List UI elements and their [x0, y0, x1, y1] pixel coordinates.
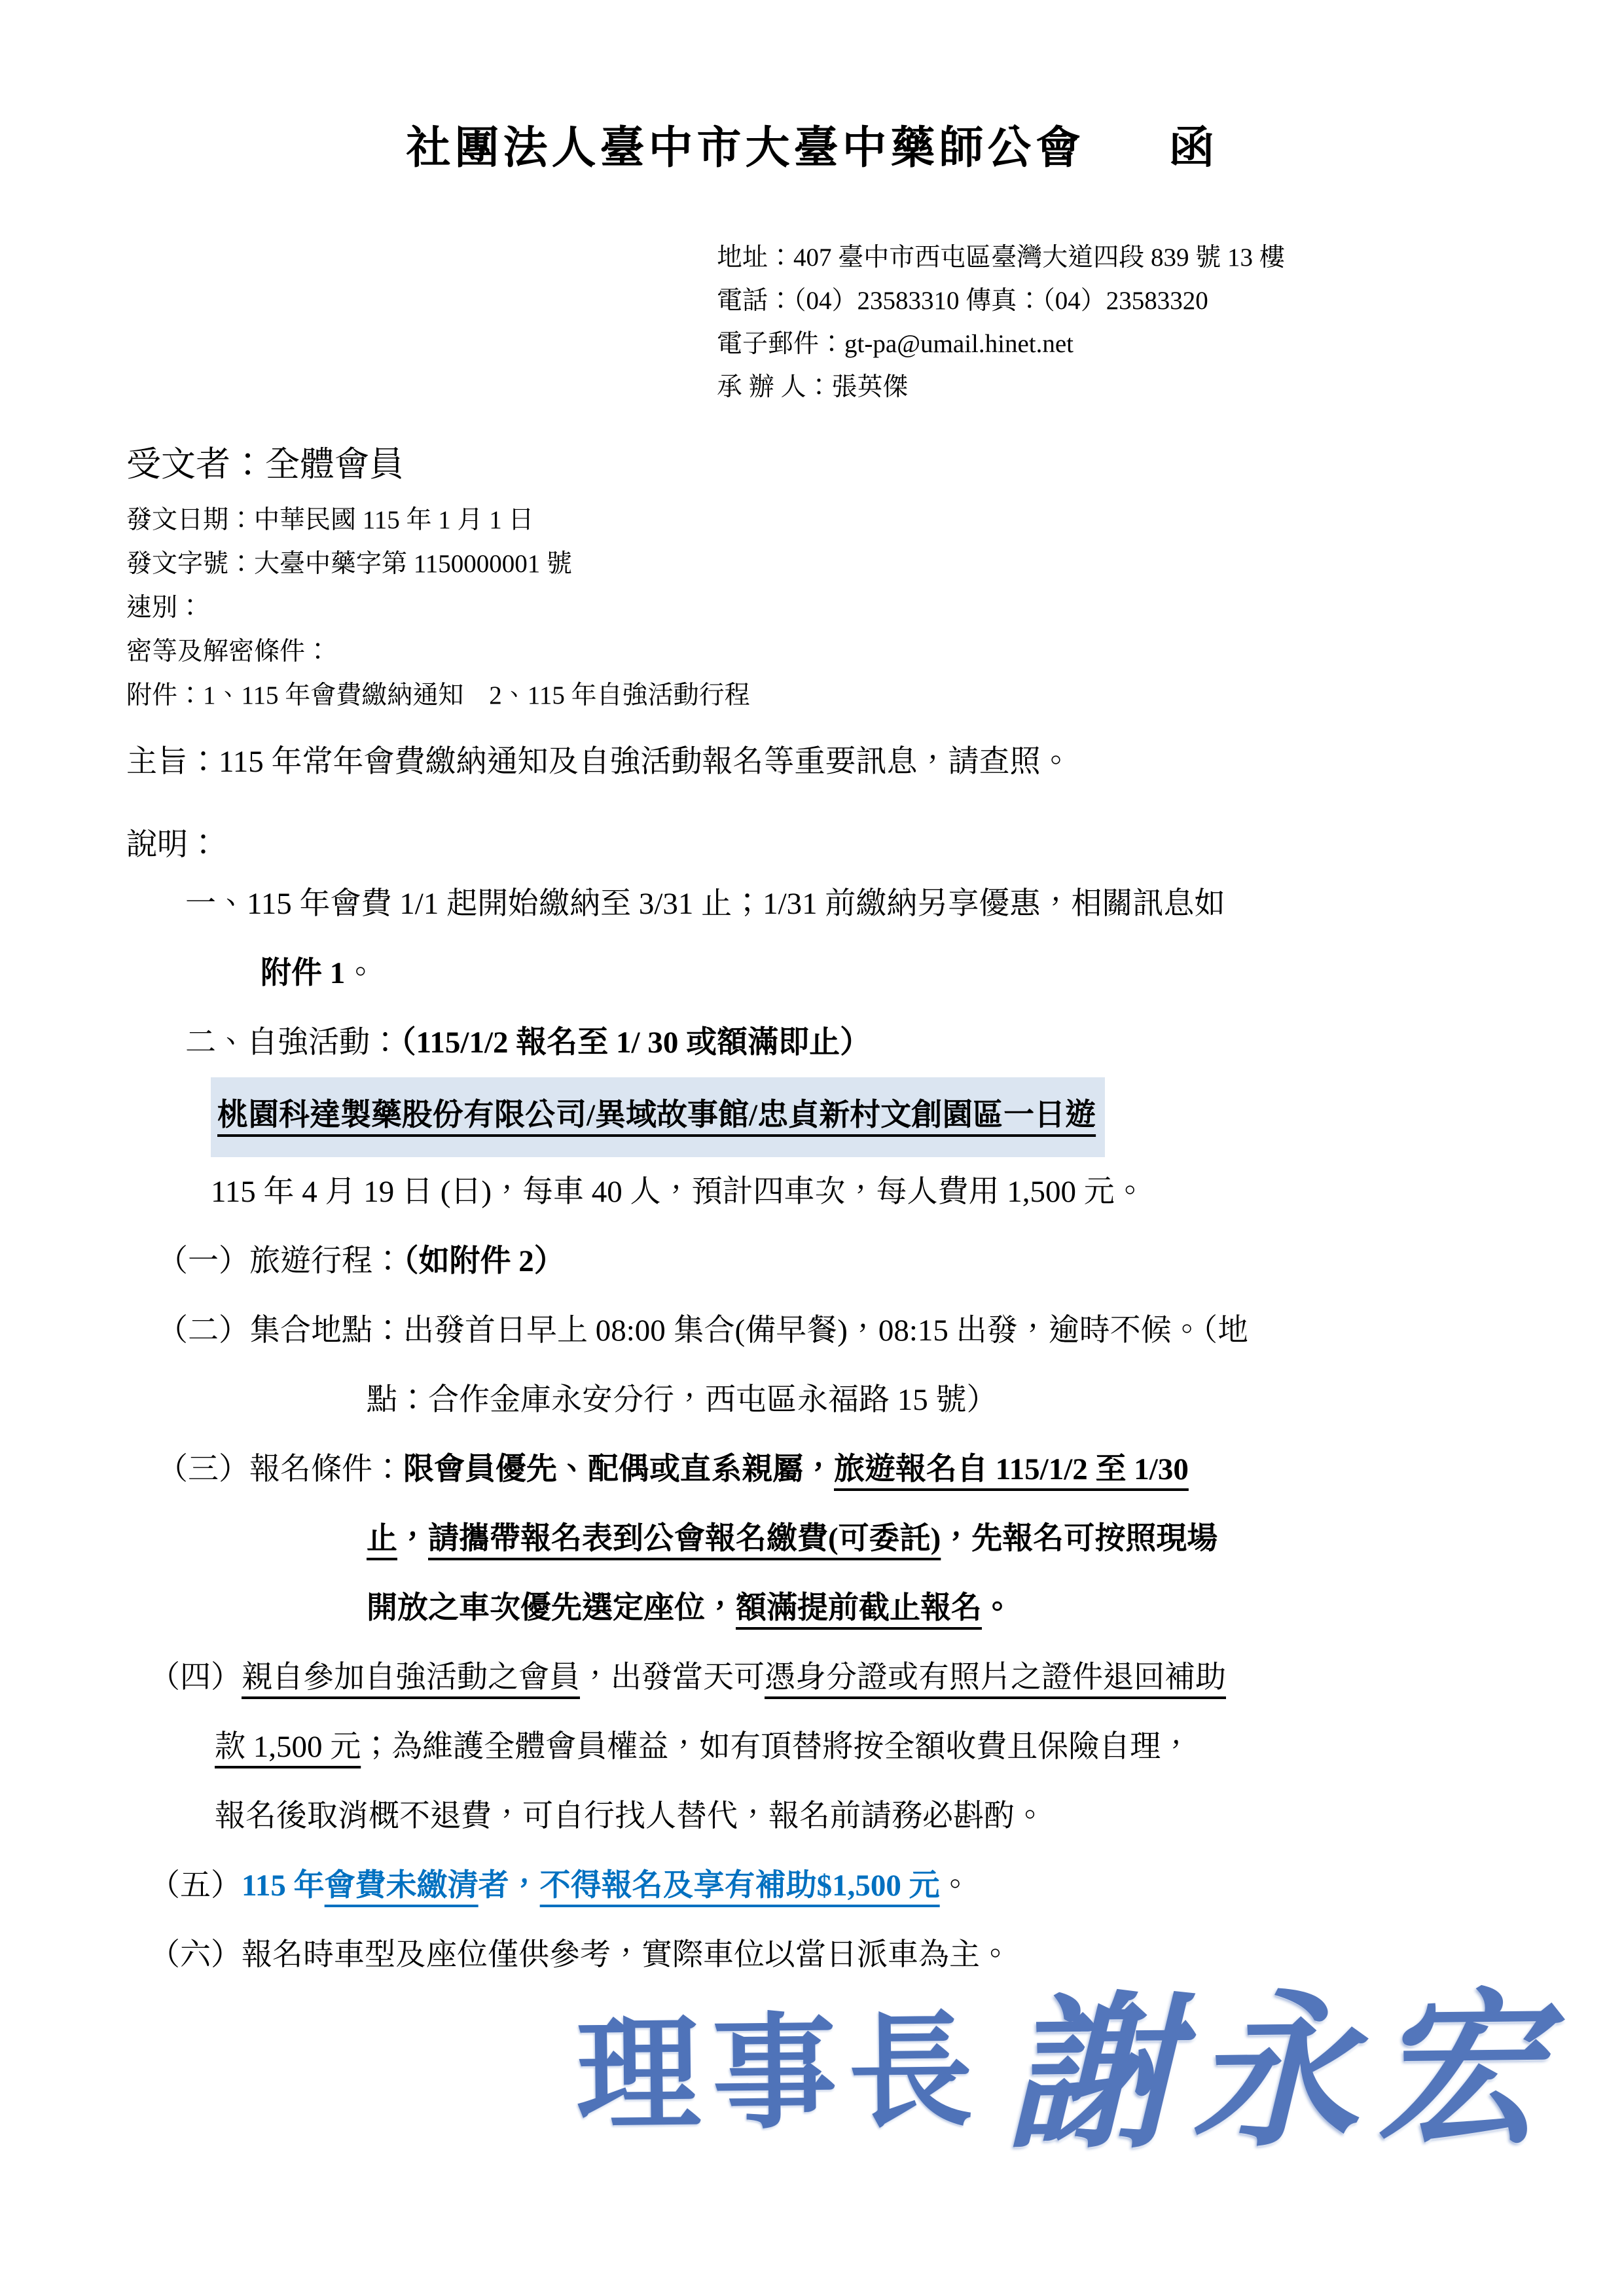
sub4-mid: ，出發當天可 [580, 1660, 765, 1695]
subject-line: 主旨：115 年常年會費繳納通知及自強活動報名等重要訊息，請查照。 [126, 737, 1624, 781]
sub3-first-come: ，先報名可按照現場 [941, 1522, 1218, 1556]
sub4-no-refund: 報名後取消概不退費，可自行找人替代，報名前請務必斟酌。 [215, 1799, 1045, 1833]
item2-lead: 二、自強活動： [185, 1026, 401, 1060]
stamp-signature-name: 謝永宏 [1005, 1935, 1560, 2181]
officer-line: 承 辦 人：張英傑 [717, 366, 1624, 409]
sub3-stop: 止 [367, 1522, 397, 1556]
sub3-signup-period: 旅遊報名自 115/1/2 至 1/30 [834, 1452, 1189, 1486]
item2-highlight-line: 桃園科達製藥股份有限公司/異域故事館/忠貞新村文創園區一日遊 [0, 1077, 1624, 1157]
explanation-label: 說明： [126, 820, 1624, 864]
item2-detail-line: 115 年 4 月 19 日 (日)，每車 40 人，預計四車次，每人費用 1,… [0, 1157, 1624, 1227]
item2-lead-line: 二、自強活動：（115/1/2 報名至 1/ 30 或額滿即止） [0, 1008, 1624, 1077]
sub2-text1: （二）集合地點：出發首日早上 08:00 集合(備早餐)，08:15 出發，逾時… [157, 1314, 1248, 1348]
email-line: 電子郵件：gt-pa@umail.hinet.net [717, 323, 1624, 366]
sub4-num: （四） [149, 1660, 242, 1695]
contact-block: 地址：407 臺中市西屯區臺灣大道四段 839 號 13 樓 電話：（04）23… [717, 236, 1624, 409]
trip-title-highlight: 桃園科達製藥股份有限公司/異域故事館/忠貞新村文創園區一日遊 [211, 1077, 1105, 1157]
sub4-line3: 報名後取消概不退費，可自行找人替代，報名前請務必斟酌。 [0, 1782, 1624, 1851]
sub3-condition: 限會員優先、配偶或直系親屬， [403, 1452, 834, 1486]
org-name: 社團法人臺中市大臺中藥師公會 [406, 123, 1084, 173]
sub3-bring-form: 請攜帶報名表到公會報名繳費(可委託) [428, 1522, 941, 1556]
sub1-attachment-ref: （如附件 2） [403, 1244, 565, 1278]
sub3-period: 。 [982, 1591, 1013, 1625]
sub3-full-stop: 額滿提前截止報名 [736, 1591, 982, 1625]
sub5-year: 115 年 [242, 1869, 325, 1903]
item2-deadline: （115/1/2 報名至 1/ 30 或額滿即止） [401, 1026, 871, 1060]
sub3-line3: 開放之車次優先選定座位，額滿提前截止報名。 [0, 1573, 1624, 1643]
stamp-title: 理事長 [575, 1971, 986, 2155]
sub4-refund-amount: 款 1,500 元 [215, 1730, 361, 1764]
sub4-attend-member: 親自參加自強活動之會員 [242, 1660, 580, 1695]
sub2-line2: 點：合作金庫永安分行，西屯區永福路 15 號） [0, 1365, 1624, 1435]
trip-detail: 115 年 4 月 19 日 (日)，每車 40 人，預計四車次，每人費用 1,… [211, 1175, 1146, 1209]
explanation-body: 一、115 年會費 1/1 起開始繳納至 3/31 止；1/31 前繳納另享優惠… [0, 869, 1624, 1990]
sub4-line2: 款 1,500 元；為維護全體會員權益，如有頂替將按全額收費且保險自理， [0, 1712, 1624, 1782]
item1-text: 一、115 年會費 1/1 起開始繳納至 3/31 止；1/31 前繳納另享優惠… [185, 887, 1225, 921]
doc-number-line: 發文字號：大臺中藥字第 1150000001 號 [126, 542, 1624, 586]
phone-fax-line: 電話：（04）23583310 傳真：（04）23583320 [717, 279, 1624, 323]
meta-block: 發文日期：中華民國 115 年 1 月 1 日 發文字號：大臺中藥字第 1150… [126, 498, 1624, 717]
doc-type-label: 函 [1170, 123, 1218, 173]
sub3-line2: 止，請攜帶報名表到公會報名繳費(可委託)，先報名可按照現場 [0, 1504, 1624, 1573]
priority-line: 速別： [126, 586, 1624, 630]
issue-date-line: 發文日期：中華民國 115 年 1 月 1 日 [126, 498, 1624, 542]
item1-period: 。 [345, 956, 376, 990]
attachments-line: 附件：1、115 年會費繳納通知 2、115 年自強活動行程 [126, 673, 1624, 717]
item1-line2: 附件 1。 [0, 939, 1624, 1008]
sub1-line: （一）旅遊行程：（如附件 2） [0, 1227, 1624, 1296]
sub3-comma: ， [397, 1522, 428, 1556]
sub4-id-refund: 憑身分證或有照片之證件退回補助 [765, 1660, 1226, 1695]
chairman-stamp: 理事長 謝永宏 [575, 1936, 1402, 2185]
sub1-label: （一）旅遊行程： [157, 1244, 403, 1278]
sub3-line1: （三）報名條件：限會員優先、配偶或直系親屬，旅遊報名自 115/1/2 至 1/… [0, 1435, 1624, 1504]
sub5-unpaid: 會費未繳清 [325, 1869, 478, 1903]
sub5-who: 者， [478, 1869, 540, 1903]
item1-line1: 一、115 年會費 1/1 起開始繳納至 3/31 止；1/31 前繳納另享優惠… [0, 869, 1624, 939]
sub3-label: （三）報名條件： [157, 1452, 403, 1486]
document-title: 社團法人臺中市大臺中藥師公會函 [0, 113, 1624, 176]
security-line: 密等及解密條件： [126, 630, 1624, 673]
sub3-seat-choice: 開放之車次優先選定座位， [367, 1591, 736, 1625]
sub5-period: 。 [940, 1869, 971, 1903]
official-letter-page: 社團法人臺中市大臺中藥師公會函 地址：407 臺中市西屯區臺灣大道四段 839 … [0, 0, 1624, 2296]
sub4-line1: （四）親自參加自強活動之會員，出發當天可憑身分證或有照片之證件退回補助 [0, 1643, 1624, 1712]
sub5-line: （五）115 年會費未繳清者，不得報名及享有補助$1,500 元。 [0, 1851, 1624, 1920]
item1-attachment-ref: 附件 1 [261, 956, 345, 990]
address-line: 地址：407 臺中市西屯區臺灣大道四段 839 號 13 樓 [717, 236, 1624, 279]
sub4-policy: ；為維護全體會員權益，如有頂替將按全額收費且保險自理， [361, 1730, 1191, 1764]
trip-title: 桃園科達製藥股份有限公司/異域故事館/忠貞新村文創園區一日遊 [217, 1098, 1096, 1132]
sub2-line1: （二）集合地點：出發首日早上 08:00 集合(備早餐)，08:15 出發，逾時… [0, 1296, 1624, 1365]
sub5-num: （五） [149, 1869, 242, 1903]
sub2-text2: 點：合作金庫永安分行，西屯區永福路 15 號） [367, 1383, 998, 1417]
sub5-no-subsidy: 不得報名及享有補助$1,500 元 [540, 1869, 940, 1903]
recipient-line: 受文者：全體會員 [126, 437, 1624, 486]
